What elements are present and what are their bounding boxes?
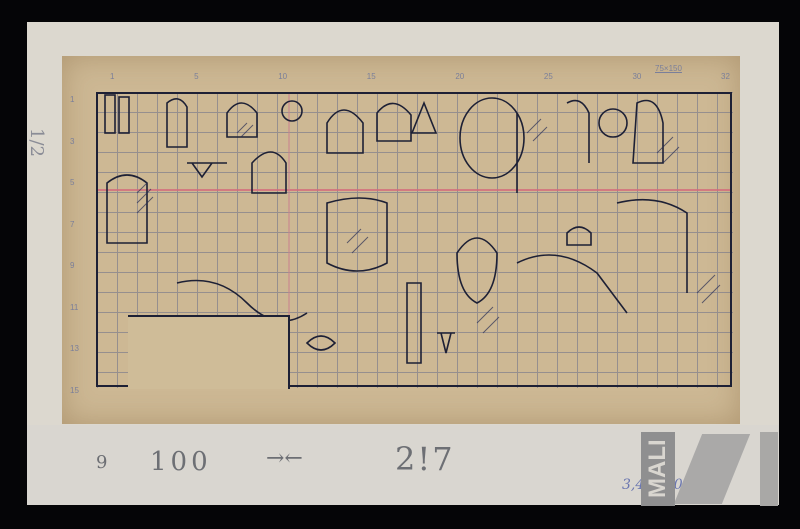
ruler-number: 5 (194, 72, 198, 84)
ruler-number: 32 (721, 72, 730, 84)
ruler-number: 7 (70, 220, 84, 229)
bottom-left-number: 9 (96, 452, 107, 473)
watermark-text: MALI (641, 432, 675, 506)
ruler-number: 30 (632, 72, 641, 84)
ruler-number: 9 (70, 261, 84, 270)
ruler-number: 3 (70, 137, 84, 146)
dimension-width: 100 (150, 447, 212, 477)
ruler-number: 15 (367, 72, 376, 84)
ruler-number: 25 (544, 72, 553, 84)
ratio-note: 75×150 (655, 64, 682, 73)
ruler-number: 1 (110, 72, 114, 84)
left-margin-note: 1/2 (26, 128, 47, 157)
ruler-number: 15 (70, 386, 84, 395)
dimension-length: 2!7 (395, 440, 455, 478)
ruler-number: 13 (70, 344, 84, 353)
left-ruler: 1 3 5 7 9 11 13 15 (70, 95, 84, 395)
top-ruler: 1 5 10 15 20 25 30 32 (110, 72, 730, 84)
ruler-number: 10 (278, 72, 287, 84)
blank-panel (128, 315, 290, 389)
ruler-number: 1 (70, 95, 84, 104)
dimension-arrow: →← (266, 446, 303, 471)
ruler-number: 11 (70, 303, 84, 312)
ruler-number: 20 (455, 72, 464, 84)
ruler-number: 5 (70, 178, 84, 187)
watermark-bar (760, 432, 778, 506)
